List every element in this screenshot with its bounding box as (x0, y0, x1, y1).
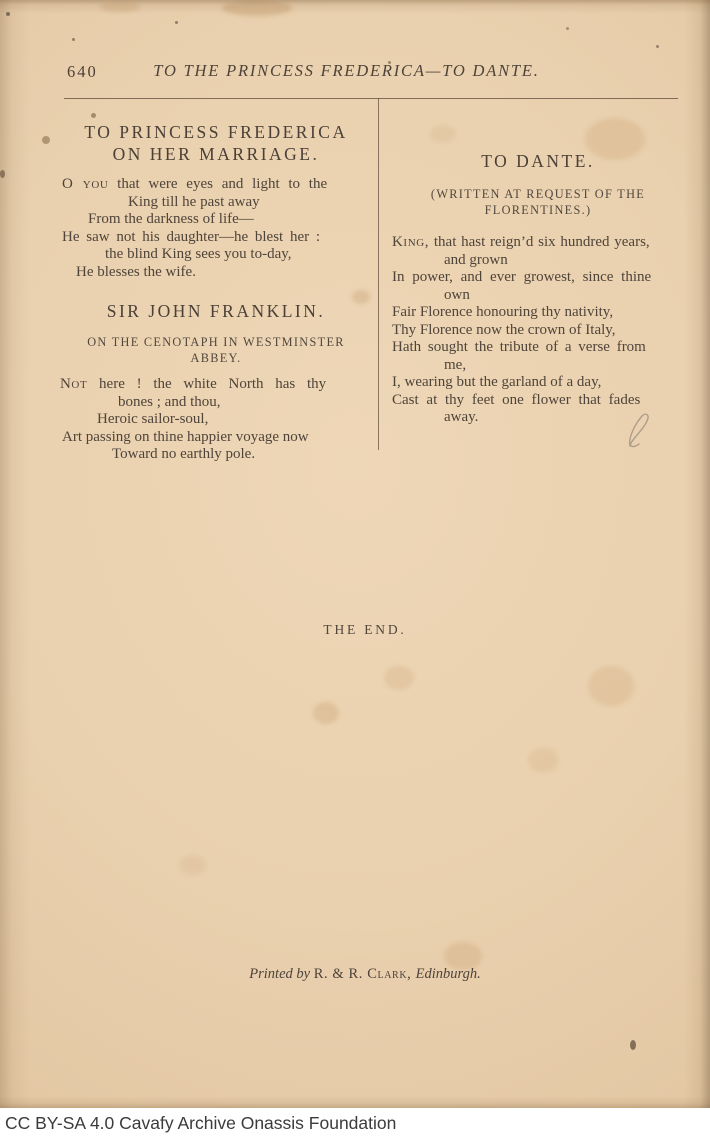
poem-subtitle-line: ON THE CENOTAPH IN WESTMINSTER (62, 335, 370, 351)
poem-line: bones ; and thou, (118, 394, 374, 412)
poem-frederica: O you that were eyes and light to the Ki… (62, 176, 374, 281)
poem-line-text: Cast at thy feet one flower that fades (392, 392, 640, 408)
stain (222, 0, 292, 16)
speck (6, 12, 10, 16)
poem-line-text: King till he past away (128, 194, 260, 210)
running-title: TO THE PRINCESS FREDERICA—TO DANTE. (0, 61, 693, 81)
poem-line-lead: King, (392, 234, 429, 250)
stain (384, 666, 414, 690)
poem-line-text: bones ; and thou, (118, 394, 221, 410)
poem-line-text: and grown (444, 252, 508, 268)
poem-line-text: In power, and ever growest, since thine (392, 269, 651, 285)
poem-franklin: Not here ! the white North has thy bones… (60, 376, 374, 464)
speck (72, 38, 75, 41)
poem-line-text: Toward no earthly pole. (112, 446, 255, 462)
poem-line: own (444, 287, 692, 305)
poem-line-text: me, (444, 357, 466, 373)
poem-line: In power, and ever growest, since thine (392, 269, 692, 287)
poem-line-text: He blesses the wife. (76, 264, 196, 280)
poem-line: He saw not his daughter—he blest her : (62, 229, 374, 247)
poem-line-lead: O you (62, 176, 108, 192)
license-text: CC BY-SA 4.0 Cavafy Archive Onassis Foun… (5, 1108, 396, 1138)
stain (313, 702, 339, 724)
poem-line-text: Art passing on thine happier voyage now (62, 429, 309, 445)
printer-imprint: Printed by R. & R. Clark, Edinburgh. (20, 966, 710, 983)
the-end-label: THE END. (20, 622, 710, 638)
speck (566, 27, 569, 30)
book-page-scan: 640 TO THE PRINCESS FREDERICA—TO DANTE. … (0, 0, 710, 1139)
stain (430, 125, 456, 143)
imprint-printer-name: R. & R. Clark, (314, 966, 416, 982)
poem-line-text: away. (444, 409, 478, 425)
poem-line: the blind King sees you to-day, (105, 246, 374, 264)
poem-line-text: that hast reign’d six hundred years, (429, 234, 650, 250)
poem-line: me, (444, 357, 692, 375)
poem-line: and grown (444, 252, 692, 270)
poem-line: He blesses the wife. (76, 264, 374, 282)
poem-line-text: I, wearing but the garland of a day, (392, 374, 601, 390)
poem-line: Not here ! the white North has thy (60, 376, 374, 394)
poem-line: Cast at thy feet one flower that fades (392, 392, 692, 410)
imprint-printed-by: Printed by (249, 966, 313, 982)
speck (91, 113, 96, 118)
poem-line: O you that were eyes and light to the (62, 176, 374, 194)
column-divider-rule (378, 98, 379, 450)
poem-subtitle-line: (WRITTEN AT REQUEST OF THE (390, 187, 686, 203)
poem-title-line: ON HER MARRIAGE. (62, 144, 370, 166)
poem-title-franklin: SIR JOHN FRANKLIN. (62, 301, 370, 323)
speck (0, 170, 5, 178)
poem-line: King, that hast reign’d six hundred year… (392, 234, 692, 252)
poem-line: Heroic sailor-soul, (97, 411, 374, 429)
poem-line-text: the blind King sees you to-day, (105, 246, 292, 262)
poem-line: From the darkness of life— (88, 211, 374, 229)
poem-line-text: Hath sought the tribute of a verse from (392, 339, 646, 355)
poem-line-text: Fair Florence honouring thy nativity, (392, 304, 613, 320)
poem-line: King till he past away (128, 194, 374, 212)
stain (528, 748, 558, 772)
poem-title-frederica: TO PRINCESS FREDERICA ON HER MARRIAGE. (62, 122, 370, 165)
poem-title-line: TO PRINCESS FREDERICA (62, 122, 370, 144)
page-paper: 640 TO THE PRINCESS FREDERICA—TO DANTE. … (0, 0, 710, 1108)
speck (630, 1040, 636, 1050)
speck (656, 45, 659, 48)
poem-line: Fair Florence honouring thy nativity, (392, 304, 692, 322)
stain (100, 2, 140, 12)
speck (175, 21, 178, 24)
imprint-place: Edinburgh. (416, 966, 481, 982)
header-rule (64, 98, 678, 99)
stain (180, 855, 206, 875)
poem-dante: King, that hast reign’d six hundred year… (392, 234, 692, 427)
poem-line: I, wearing but the garland of a day, (392, 374, 692, 392)
poem-line-text: Thy Florence now the crown of Italy, (392, 322, 616, 338)
poem-line-text: that were eyes and light to the (108, 176, 327, 192)
license-bar: CC BY-SA 4.0 Cavafy Archive Onassis Foun… (0, 1108, 710, 1139)
poem-line-text: From the darkness of life— (88, 211, 254, 227)
poem-subtitle-franklin: ON THE CENOTAPH IN WESTMINSTER ABBEY. (62, 335, 370, 366)
poem-line-text: own (444, 287, 470, 303)
poem-line: Hath sought the tribute of a verse from (392, 339, 692, 357)
poem-subtitle-line: FLORENTINES.) (390, 203, 686, 219)
poem-line: away. (444, 409, 692, 427)
poem-line-text: Heroic sailor-soul, (97, 411, 208, 427)
poem-title-dante: TO DANTE. (390, 151, 686, 173)
poem-subtitle-line: ABBEY. (62, 351, 370, 367)
poem-line-text: here ! the white North has thy (87, 376, 326, 392)
poem-line: Thy Florence now the crown of Italy, (392, 322, 692, 340)
stain (588, 666, 634, 706)
poem-line: Toward no earthly pole. (112, 446, 374, 464)
poem-line-text: He saw not his daughter—he blest her : (62, 229, 320, 245)
poem-subtitle-dante: (WRITTEN AT REQUEST OF THE FLORENTINES.) (390, 187, 686, 218)
poem-line-lead: Not (60, 376, 87, 392)
speck (42, 136, 50, 144)
poem-line: Art passing on thine happier voyage now (62, 429, 374, 447)
